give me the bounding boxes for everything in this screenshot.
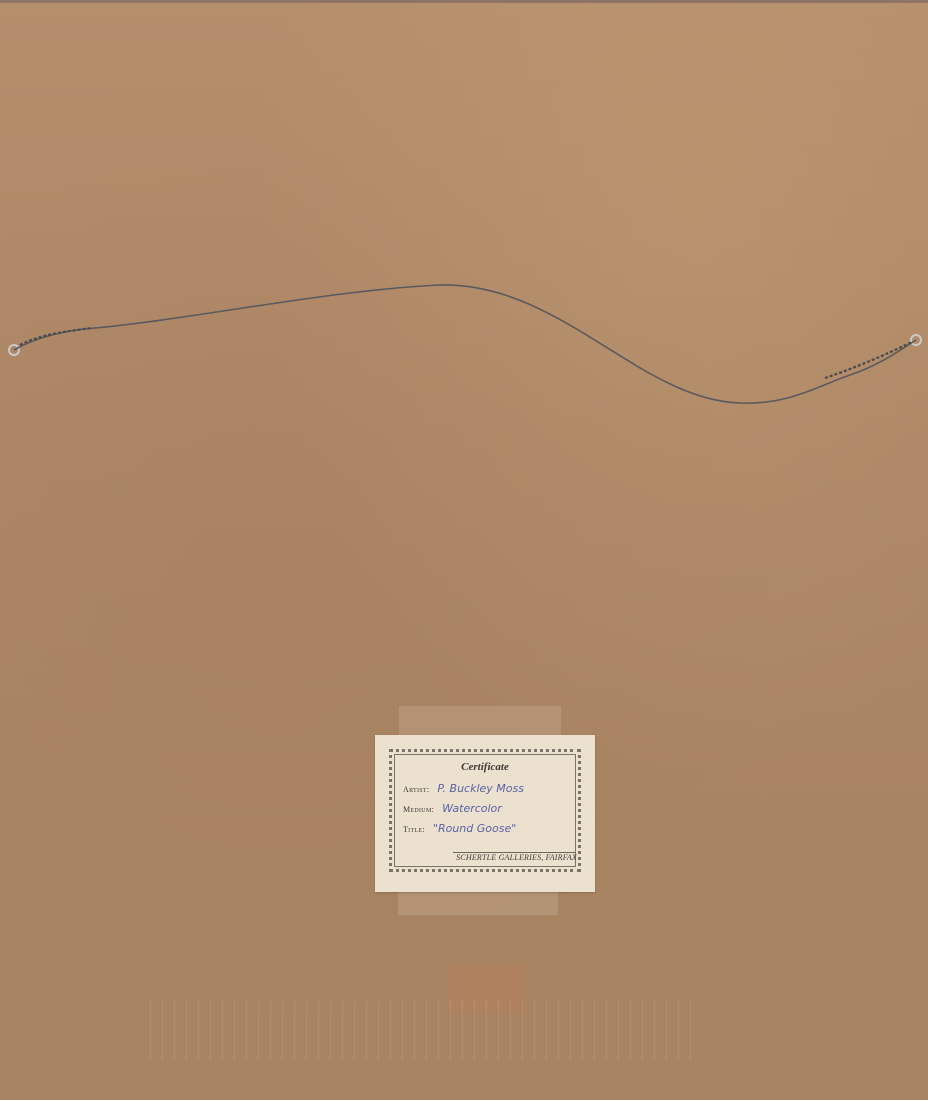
title-label: Title: — [403, 825, 425, 834]
scuff-marks — [140, 1000, 700, 1060]
certificate-row-title: Title: "Round Goose" — [403, 819, 516, 837]
hanging-wire — [0, 0, 928, 1100]
gallery-name: SCHERTLE GALLERIES, FAIRFAX — [456, 853, 577, 862]
certificate-title: Certificate — [375, 761, 595, 773]
certificate-label: Certificate Artist: P. Buckley Moss Medi… — [375, 735, 595, 892]
medium-label: Medium: — [403, 805, 434, 814]
artist-label: Artist: — [403, 785, 429, 794]
artist-value: P. Buckley Moss — [437, 782, 524, 795]
certificate-row-artist: Artist: P. Buckley Moss — [403, 779, 524, 797]
title-value: "Round Goose" — [433, 822, 516, 835]
certificate-row-medium: Medium: Watercolor — [403, 799, 502, 817]
medium-value: Watercolor — [442, 802, 502, 815]
